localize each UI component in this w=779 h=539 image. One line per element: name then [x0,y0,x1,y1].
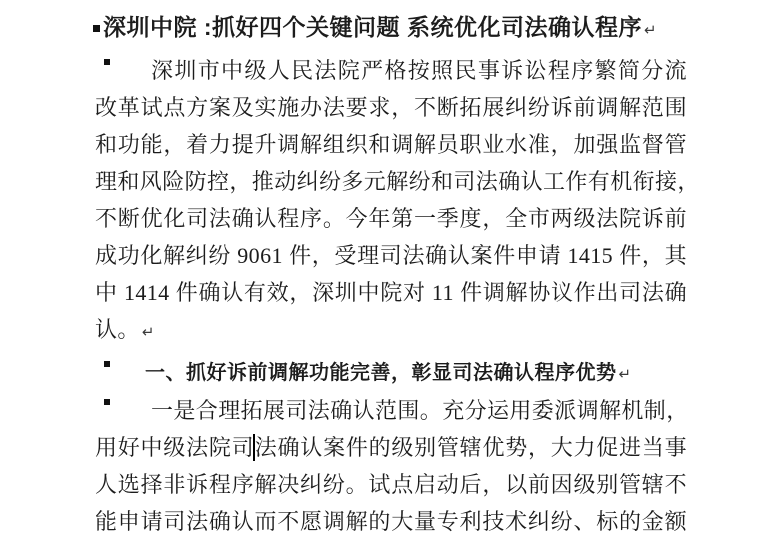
section-heading-text: 一、抓好诉前调解功能完善，彰显司法确认程序优势 [145,362,617,384]
return-mark-icon: ↵ [644,21,657,39]
title-bullet-icon [93,25,100,32]
paragraph-2: 一是合理拓展司法确认范围。充分运用委派调解机制， 用好中级法院司法确认案件的级别… [95,392,687,539]
paragraph-1: 深圳市中级人民法院严格按照民事诉讼程序繁简分流 改革试点方案及实施办法要求，不断… [95,52,687,348]
document-content: 深圳中院 :抓好四个关键问题 系统优化司法确认程序↵ 深圳市中级人民法院严格按照… [95,6,687,539]
body-line: 改革试点方案及实施办法要求，不断拓展纠纷诉前调解范围 [95,89,687,126]
document-page[interactable]: 深圳中院 :抓好四个关键问题 系统优化司法确认程序↵ 深圳市中级人民法院严格按照… [0,0,779,539]
paragraph-marker-icon [104,399,110,405]
body-line: 深圳市中级人民法院严格按照民事诉讼程序繁简分流 [95,52,687,89]
return-mark-icon: ↵ [142,323,155,341]
body-line: 一是合理拓展司法确认范围。充分运用委派调解机制， [95,392,687,429]
paragraph-marker-icon [104,361,110,367]
body-line-text: 用好中级法院司 [95,435,254,460]
paragraph-marker-icon [104,59,110,65]
body-line: 不断优化司法确认程序。今年第一季度，全市两级法院诉前 [95,200,687,237]
text-caret [253,434,255,461]
body-line: 认。↵ [95,311,687,348]
section-heading-block: 一、抓好诉前调解功能完善，彰显司法确认程序优势↵ [95,354,687,392]
return-mark-icon: ↵ [619,365,632,383]
body-line: 成功化解纠纷 9061 件，受理司法确认案件申请 1415 件，其 [95,237,687,274]
body-line: 中 1414 件确认有效，深圳中院对 11 件调解协议作出司法确 [95,274,687,311]
body-line-text: 法确认案件的级别管辖优势，大力促进当事 [254,435,687,460]
section-heading: 一、抓好诉前调解功能完善，彰显司法确认程序优势↵ [95,354,687,392]
body-line: 人选择非诉程序解决纠纷。试点启动后，以前因级别管辖不 [95,466,687,503]
body-line: 能申请司法确认而不愿调解的大量专利技术纠纷、标的金额 [95,503,687,539]
body-line: 理和风险防控，推动纠纷多元解纷和司法确认工作有机衔接， [95,163,687,200]
body-line-text: 认。 [95,317,140,342]
doc-title-line: 深圳中院 :抓好四个关键问题 系统优化司法确认程序↵ [93,6,687,48]
body-line: 和功能，着力提升调解组织和调解员职业水准，加强监督管 [95,126,687,163]
body-line-with-caret: 用好中级法院司法确认案件的级别管辖优势，大力促进当事 [95,429,687,466]
doc-title-text: 深圳中院 :抓好四个关键问题 系统优化司法确认程序 [103,14,642,40]
